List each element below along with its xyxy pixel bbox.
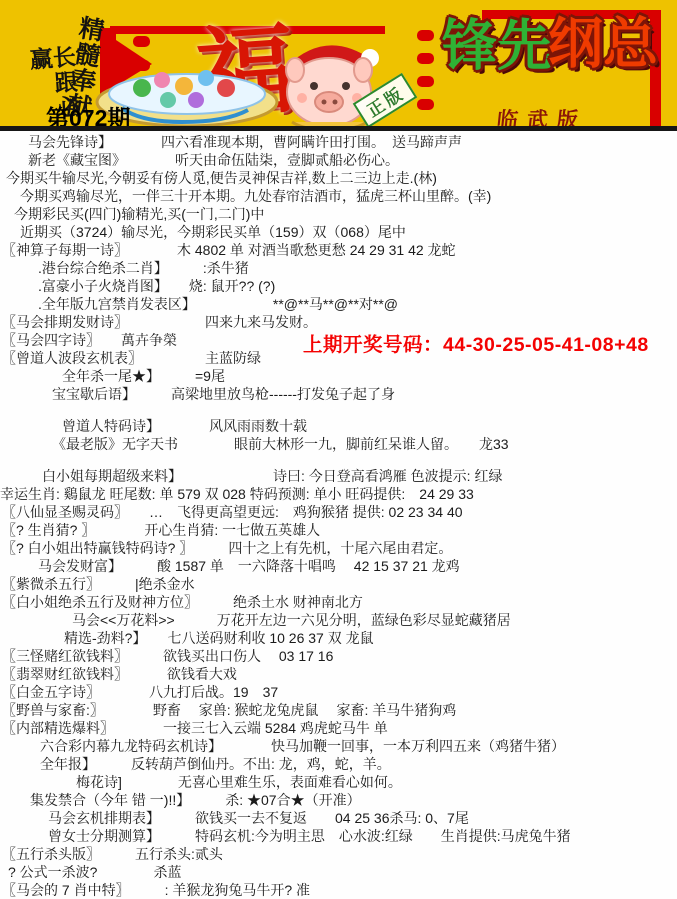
tip-line: 宝宝歇后语】 高梁地里放鸟枪------打发兔子起了身: [0, 385, 677, 403]
tip-line: .富豪小子火烧肖图】 烧: 鼠开?? (?): [0, 277, 677, 295]
tip-line: 〖翡翠财红欲钱料〗 欲钱看大戏: [0, 665, 677, 683]
red-dot: [417, 30, 434, 41]
tip-line: 〖五行杀头版〗 五行杀头:贰头: [0, 845, 677, 863]
tip-line: 今期买鸡输尽光，一伴三十开本期。九处春帘洁酒市，猛虎三杯山里醉。(幸): [0, 187, 677, 205]
tip-line: 六合彩内幕九龙特码玄机诗】 快马加鞭一回事，一本万利四五来（鸡猪牛猪）: [0, 737, 677, 755]
masthead: 长跟必赢 精髓奉献 福 先锋 总纲 临武版 正版: [0, 0, 677, 131]
tip-line: 〖马会的 7 肖中特〗 : 羊猴龙狗兔马牛开? 准: [0, 881, 677, 899]
tip-line: 白小姐每期超级来料】 诗曰: 今日登高看鸿雁 色波提示: 红绿: [0, 467, 677, 485]
red-dot: [133, 36, 150, 47]
tip-line: 今期彩民买(四门)输精光,买(一门,二门)中: [0, 205, 677, 223]
tip-line: 全年报】 反转葫芦倒仙丹。不出: 龙，鸡，蛇，羊。: [0, 755, 677, 773]
tip-line: 近期买（3724）输尽光，今期彩民买单（159）双（068）尾中: [0, 223, 677, 241]
tip-line: 〖白小姐绝杀五行及财神方位〗 绝杀土水 财神南北方: [0, 593, 677, 611]
tip-line: 曾道人特码诗】 风风雨雨数十载: [0, 417, 677, 435]
tip-line: 曾女士分期测算】 特码玄机:今为明主思 心水波:红绿 生肖提供:马虎兔牛猪: [0, 827, 677, 845]
tip-line: 〖? 生肖猜? 〗 开心生肖猜: 一七做五英雄人: [0, 521, 677, 539]
tip-line: 集发禁合（今年 错 一)!!】 杀: ★07合★（开准）: [0, 791, 677, 809]
red-dots-right: [417, 30, 434, 110]
tip-line: 《最老版》无字天书 眼前大林形一九，脚前红呆谁人留。 龙33: [0, 435, 677, 453]
tip-line: ? 公式一杀波? 杀蓝: [0, 863, 677, 881]
spacer: [0, 453, 677, 467]
red-dot: [417, 99, 434, 110]
spacer: [0, 403, 677, 417]
tip-line: 马会玄机排期表】 欲钱买一去不复返 04 25 36杀马: 0、7尾: [0, 809, 677, 827]
tip-line: 精选-劲料?】 七八送码财利收 10 26 37 双 龙鼠: [0, 629, 677, 647]
tip-line: 〖白金五字诗〗 八九打后战。19 37: [0, 683, 677, 701]
red-dot: [417, 76, 434, 87]
tip-line: 今期买牛输尽光,今朝妥有傍人觅,便告灵神保吉祥,数上二三边上走.(林): [0, 169, 677, 187]
tip-line: 〖? 白小姐出特赢钱特码诗? 〗 四十之上有先机，十尾六尾由君定。: [0, 539, 677, 557]
tip-line: .全年版九宫禁肖发表区】 **@**马**@**对**@: [0, 295, 677, 313]
tip-line: 〖八仙显圣赐灵码〗 … 飞得更高望更远: 鸡狗猴猪 提供: 02 23 34 4…: [0, 503, 677, 521]
tip-line: 马会发财富】 酸 1587 单 一六降落十唱鸣 42 15 37 21 龙鸡: [0, 557, 677, 575]
tips-list: 马会先锋诗】 四六看准现本期，曹阿瞒许田打围。 送马蹄声声新老《藏宝图》 听天由…: [0, 131, 677, 899]
tip-line: 梅花诗] 无喜心里难生乐，表面难看心如何。: [0, 773, 677, 791]
lottery-tip-sheet: 长跟必赢 精髓奉献 福 先锋 总纲 临武版 正版: [0, 0, 677, 899]
tip-line: 马会先锋诗】 四六看准现本期，曹阿瞒许田打围。 送马蹄声声: [0, 133, 677, 151]
tip-line: 〖神算子每期一诗〗 木 4802 单 对酒当歌愁更愁 24 29 31 42 龙…: [0, 241, 677, 259]
tip-line: 〖野兽与家畜:〗 野畜 家兽: 猴蛇龙兔虎鼠 家畜: 羊马牛猪狗鸡: [0, 701, 677, 719]
red-dot: [417, 53, 434, 64]
tip-line: .港台综合绝杀二肖】 :杀牛猪: [0, 259, 677, 277]
tip-line: 幸运生肖: 鷄鼠龙 旺尾数: 单 579 双 028 特码预测: 单小 旺码提供…: [0, 485, 677, 503]
tip-line: 〖内部精选爆料〗 一接三七入云端 5284 鸡虎蛇马牛 单: [0, 719, 677, 737]
tip-line: 新老《藏宝图》 听天由命伍陆柒，壹脚贰船必伤心。: [0, 151, 677, 169]
tip-line: 〖三怪赌红欲钱料〗 欲钱买出口伤人 03 17 16: [0, 647, 677, 665]
tip-line: 马会<<万花料>> 万花开左边一六见分明，蓝绿色彩尽显蛇藏猪居: [0, 611, 677, 629]
last-draw-banner: 上期开奖号码：44-30-25-05-41-08+48: [303, 329, 649, 357]
tip-line: 全年杀一尾★】 =9尾: [0, 367, 677, 385]
tip-line: 〖紫微杀五行〗 |绝杀金水: [0, 575, 677, 593]
